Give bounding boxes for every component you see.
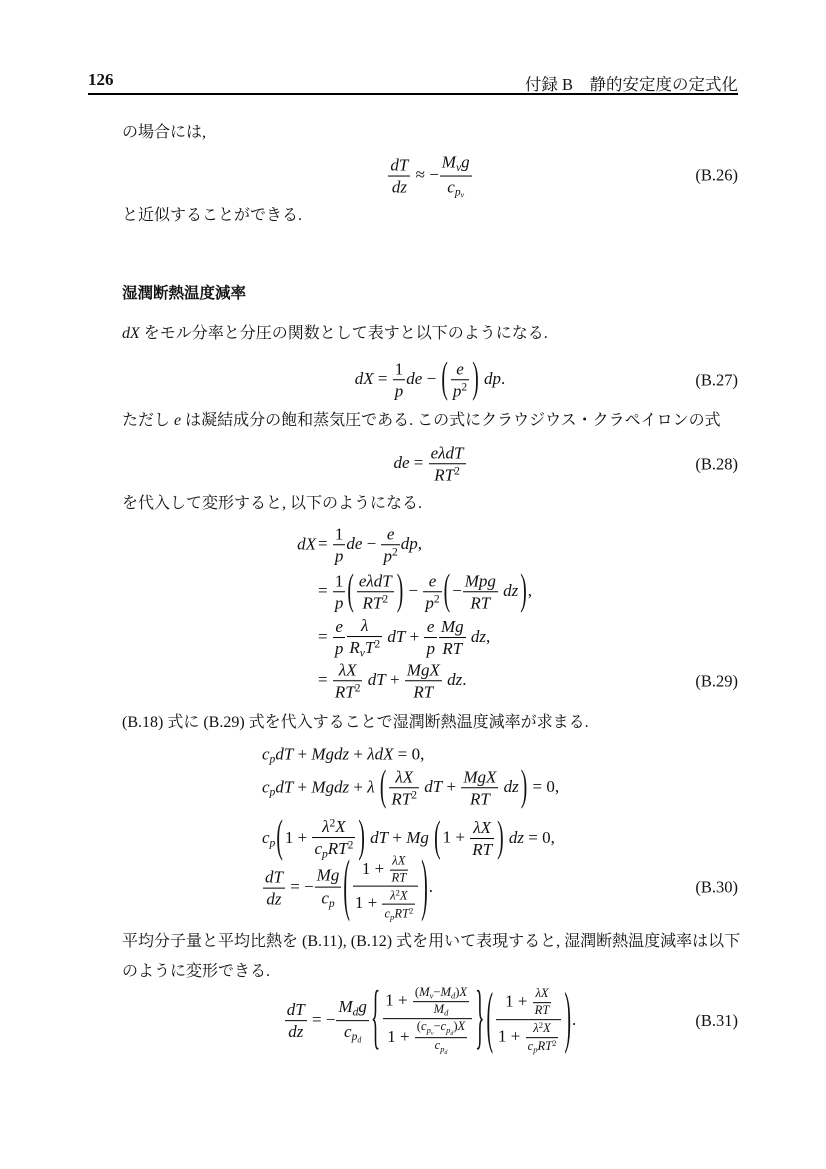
- page-number: 126: [88, 70, 114, 90]
- equation-content: dX = 1pde − (ep2) dp.: [355, 358, 505, 402]
- equation-content: = 1p(eλdTRT2) − ep2(−MpgRT dz),: [292, 570, 532, 614]
- equation-content: dTdz = −Mdgcpd{1 + (Mv−Md)XMd1 + (cpv−cp…: [284, 985, 576, 1057]
- equation-b28: de = eλdTRT2 (B.28): [122, 442, 738, 486]
- equation-b29-line4: = λXRT2 dT + MgXRT dz. (B.29): [122, 659, 738, 703]
- equation-number-b29: (B.29): [695, 671, 738, 691]
- equation-b27: dX = 1pde − (ep2) dp. (B.27): [122, 358, 738, 402]
- paragraph: dX をモル分率と分圧の関数として表すと以下のようになる.: [122, 323, 548, 345]
- equation-b29-line3: = epλRvT2 dT + epMgRT dz,: [122, 615, 738, 661]
- paragraph: ただし e は凝結成分の飽和蒸気圧である. この式にクラウジウス・クラペイロンの…: [122, 410, 721, 432]
- equation-b29-line1: dX= 1pde − ep2dp,: [122, 523, 738, 567]
- paragraph-line: 平均分子量と平均比熱を (B.11), (B.12) 式を用いて表現すると, 湿…: [122, 933, 740, 950]
- equation-content: = λXRT2 dT + MgXRT dz.: [292, 659, 466, 703]
- equation-content: cpdT + Mgdz + λ (λXRT2 dT + MgXRT dz) = …: [262, 766, 559, 810]
- equation-content: dTdz ≈ −Mvgcpv: [387, 152, 472, 201]
- equation-number-b30: (B.30): [695, 878, 738, 898]
- equation-b30-line4: dTdz = −Mgcp(1 + λXRT1 + λ2XcpRT2). (B.3…: [122, 854, 738, 923]
- paragraph: 平均分子量と平均比熱を (B.11), (B.12) 式を用いて表現すると, 湿…: [122, 927, 740, 987]
- equation-b29-line2: = 1p(eλdTRT2) − ep2(−MpgRT dz),: [122, 570, 738, 614]
- section-heading: 湿潤断熱温度減率: [122, 283, 246, 305]
- equation-number-b27: (B.27): [695, 370, 738, 390]
- document-page: 126 付録 B 静的安定度の定式化 の場合には, dTdz ≈ −Mvgcpv…: [0, 0, 826, 1169]
- equation-b30-line2: cpdT + Mgdz + λ (λXRT2 dT + MgXRT dz) = …: [122, 766, 738, 810]
- equation-b30-line1: cpdT + Mgdz + λdX = 0,: [122, 744, 738, 765]
- equation-content: dTdz = −Mgcp(1 + λXRT1 + λ2XcpRT2).: [262, 854, 433, 923]
- equation-content: dX= 1pde − ep2dp,: [292, 523, 422, 567]
- paragraph: と近似することができる.: [122, 205, 302, 227]
- paragraph: を代入して変形すると, 以下のようになる.: [122, 493, 422, 515]
- equation-number-b26: (B.26): [695, 166, 738, 186]
- equation-b26: dTdz ≈ −Mvgcpv (B.26): [122, 152, 738, 201]
- paragraph: の場合には,: [122, 122, 206, 144]
- text-column: の場合には, dTdz ≈ −Mvgcpv (B.26) と近似することができる…: [122, 0, 738, 1169]
- paragraph: (B.18) 式に (B.29) 式を代入することで湿潤断熱温度減率が求まる.: [122, 712, 589, 734]
- equation-number-b28: (B.28): [695, 454, 738, 474]
- equation-b31: dTdz = −Mdgcpd{1 + (Mv−Md)XMd1 + (cpv−cp…: [122, 985, 738, 1057]
- equation-number-b31: (B.31): [695, 1011, 738, 1031]
- equation-content: de = eλdTRT2: [393, 442, 466, 486]
- equation-content: cpdT + Mgdz + λdX = 0,: [262, 744, 424, 765]
- equation-content: = epλRvT2 dT + epMgRT dz,: [292, 615, 490, 661]
- paragraph-line: のように変形できる.: [122, 963, 270, 980]
